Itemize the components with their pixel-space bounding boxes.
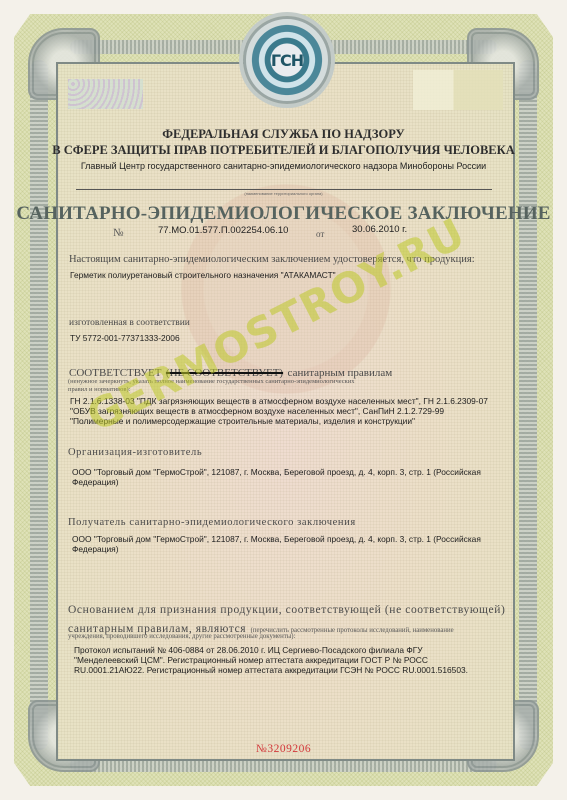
basis-detail-3: RU.0001.21АЮ22. Регистрационный номер ат… [74,665,468,675]
rule-line-1: ГН 2.1.6.1338-03 "ПДК загрязняющих вещес… [70,396,488,406]
number-label: № [113,227,124,239]
basis-note-2: учреждения, проводившего исследования, д… [68,633,295,640]
sub-agency-caption: (наименование территориального органа) [0,191,567,196]
product-lead: Настоящим санитарно-эпидемиологическим з… [69,254,475,265]
emblem-mark: ГСН [271,51,303,70]
hologram-pattern [68,79,143,109]
serial-number: №3209206 [0,743,567,755]
basis-detail-1: Протокол испытаний № 406-0884 от 28.06.2… [74,645,423,655]
manufacturer-line-2: Федерация) [72,477,119,487]
recipient-line-1: ООО "Торговый дом "ГермоСтрой", 121087, … [72,534,481,544]
agency-line-2: В СФЕРЕ ЗАЩИТЫ ПРАВ ПОТРЕБИТЕЛЕЙ И БЛАГО… [0,143,567,158]
document-number: 77.МО.01.577.П.002254.06.10 [158,225,288,236]
manufacturer-heading: Организация-изготовитель [68,447,202,458]
recipient-heading: Получатель санитарно-эпидемиологического… [68,517,356,528]
document-date: 30.06.2010 г. [352,224,407,235]
hologram-patch [413,70,503,110]
gsn-emblem-icon: ГСН [243,16,331,104]
basis-detail-2: "Менделеевский ЦСМ". Регистрационный ном… [74,655,428,665]
document-title: САНИТАРНО-ЭПИДЕМИОЛОГИЧЕСКОЕ ЗАКЛЮЧЕНИЕ [0,203,567,225]
manufactured-lead: изготовленная в соответствии [69,318,190,328]
sub-agency: Главный Центр государственного санитарно… [0,161,567,171]
standard: ТУ 5772-001-77371333-2006 [70,333,180,343]
manufacturer-line-1: ООО "Торговый дом "ГермоСтрой", 121087, … [72,467,481,477]
divider [76,189,492,190]
recipient-line-2: Федерация) [72,544,119,554]
date-label: от [316,229,324,239]
rule-line-3: "Полимерные и полимерсодержащие строител… [70,416,415,426]
product-name: Герметик полиуретановый строительного на… [70,270,336,280]
agency-line-1: ФЕДЕРАЛЬНАЯ СЛУЖБА ПО НАДЗОРУ [0,127,567,142]
rule-line-2: "ОБУВ загрязняющих веществ в атмосферном… [70,406,444,416]
conformity-note-1: (ненужное зачеркнуть, указать полное наи… [68,378,355,385]
basis-line-1: Основанием для признания продукции, соот… [68,604,505,616]
conformity-note-2: правил и нормативов): [68,386,130,393]
